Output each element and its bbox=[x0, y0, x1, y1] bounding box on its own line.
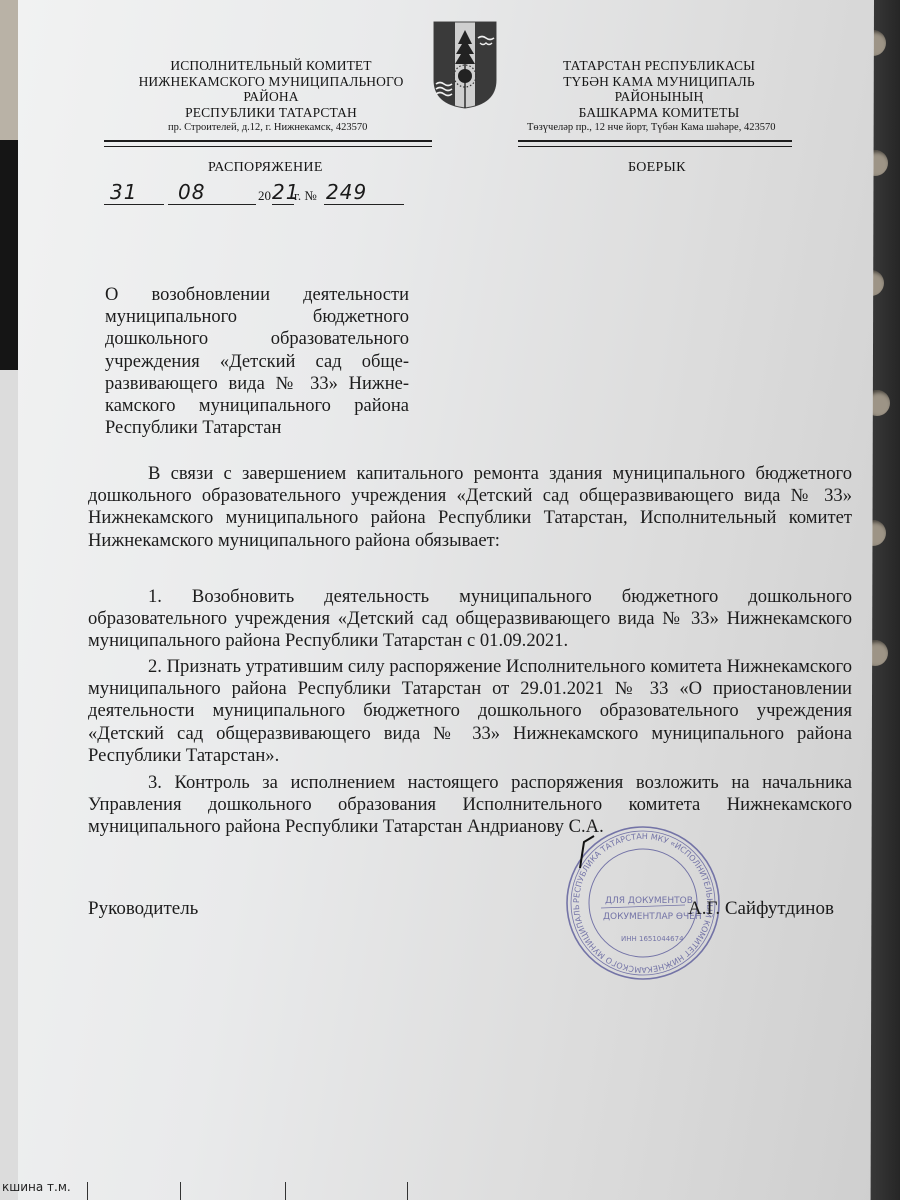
letterhead-left: ИСПОЛНИТЕЛЬНЫЙ КОМИТЕТ НИЖНЕКАМСКОГО МУН… bbox=[112, 58, 430, 120]
document-type-tt: БОЕРЫК bbox=[628, 160, 686, 176]
subject-line: Республики Татарстан bbox=[105, 417, 409, 439]
body-item-3: 3. Контроль за исполнением настоящего ра… bbox=[88, 772, 852, 839]
org-name-line: ТҮБӘН КАМА МУНИЦИПАЛЬ РАЙОНЫНЫҢ bbox=[518, 74, 800, 105]
org-name-line: ТАТАРСТАН РЕСПУБЛИКАСЫ bbox=[518, 58, 800, 74]
address-right: Төзүчеләр пр., 12 нче йорт, Түбән Кама ш… bbox=[527, 122, 775, 133]
subject-line: учреждения «Детский сад обще- bbox=[105, 351, 409, 373]
address-left: пр. Строителей, д.12, г. Нижнекамск, 423… bbox=[168, 122, 367, 133]
body-intro: В связи с завершением капитального ремон… bbox=[88, 463, 852, 552]
subject-line: муниципального бюджетного bbox=[105, 306, 409, 328]
body-item-2: 2. Признать утратившим силу распоряжение… bbox=[88, 656, 852, 767]
letterhead-rule-right bbox=[518, 140, 792, 147]
subject-line: камского муниципального района bbox=[105, 395, 409, 417]
signer-name: А.Г. Сайфутдинов bbox=[688, 898, 834, 920]
org-name-line: РЕСПУБЛИКИ ТАТАРСТАН bbox=[112, 105, 430, 121]
handwritten-signature-icon bbox=[560, 830, 620, 870]
subject-line: О возобновлении деятельности bbox=[105, 284, 409, 306]
item-paragraph: 1. Возобновить деятельность муниципально… bbox=[88, 586, 852, 653]
item-paragraph: 2. Признать утратившим силу распоряжение… bbox=[88, 656, 852, 767]
nizhnekamsk-coat-of-arms-icon bbox=[430, 18, 500, 110]
letterhead-right: ТАТАРСТАН РЕСПУБЛИКАСЫ ТҮБӘН КАМА МУНИЦИ… bbox=[518, 58, 800, 120]
org-name-line: БАШКАРМА КОМИТЕТЫ bbox=[518, 105, 800, 121]
svg-text:ДЛЯ ДОКУМЕНТОВ: ДЛЯ ДОКУМЕНТОВ bbox=[605, 896, 693, 906]
body-item-1: 1. Возобновить деятельность муниципально… bbox=[88, 586, 852, 653]
signer-title: Руководитель bbox=[88, 898, 198, 920]
svg-text:ДОКУМЕНТЛАР ӨЧЕН: ДОКУМЕНТЛАР ӨЧЕН bbox=[603, 912, 702, 922]
number-mark: г. № bbox=[294, 188, 317, 204]
underlying-table-fragment bbox=[85, 1182, 415, 1200]
subject-line: дошкольного образовательного bbox=[105, 328, 409, 350]
intro-paragraph: В связи с завершением капитального ремон… bbox=[88, 463, 852, 552]
date-year-prefix: 20 bbox=[258, 188, 271, 204]
org-name-line: ИСПОЛНИТЕЛЬНЫЙ КОМИТЕТ bbox=[112, 58, 430, 74]
document-type-ru: РАСПОРЯЖЕНИЕ bbox=[208, 160, 323, 176]
item-paragraph: 3. Контроль за исполнением настоящего ра… bbox=[88, 772, 852, 839]
svg-text:ИНН 1651044674: ИНН 1651044674 bbox=[621, 935, 684, 943]
document: ИСПОЛНИТЕЛЬНЫЙ КОМИТЕТ НИЖНЕКАМСКОГО МУН… bbox=[0, 0, 900, 1200]
document-subject: О возобновлении деятельности муниципальн… bbox=[105, 284, 409, 439]
date-day: 31 bbox=[110, 180, 137, 204]
date-month: 08 bbox=[178, 180, 205, 204]
document-number: 249 bbox=[326, 180, 367, 204]
date-number-row: 31 08 20 21 г. № 249 bbox=[104, 180, 404, 206]
org-name-line: НИЖНЕКАМСКОГО МУНИЦИПАЛЬНОГО РАЙОНА bbox=[112, 74, 430, 105]
underlying-sheet-text: кшина т.м. bbox=[2, 1180, 71, 1194]
letterhead-rule-left bbox=[104, 140, 432, 147]
subject-line: развивающего вида № 33» Нижне- bbox=[105, 373, 409, 395]
